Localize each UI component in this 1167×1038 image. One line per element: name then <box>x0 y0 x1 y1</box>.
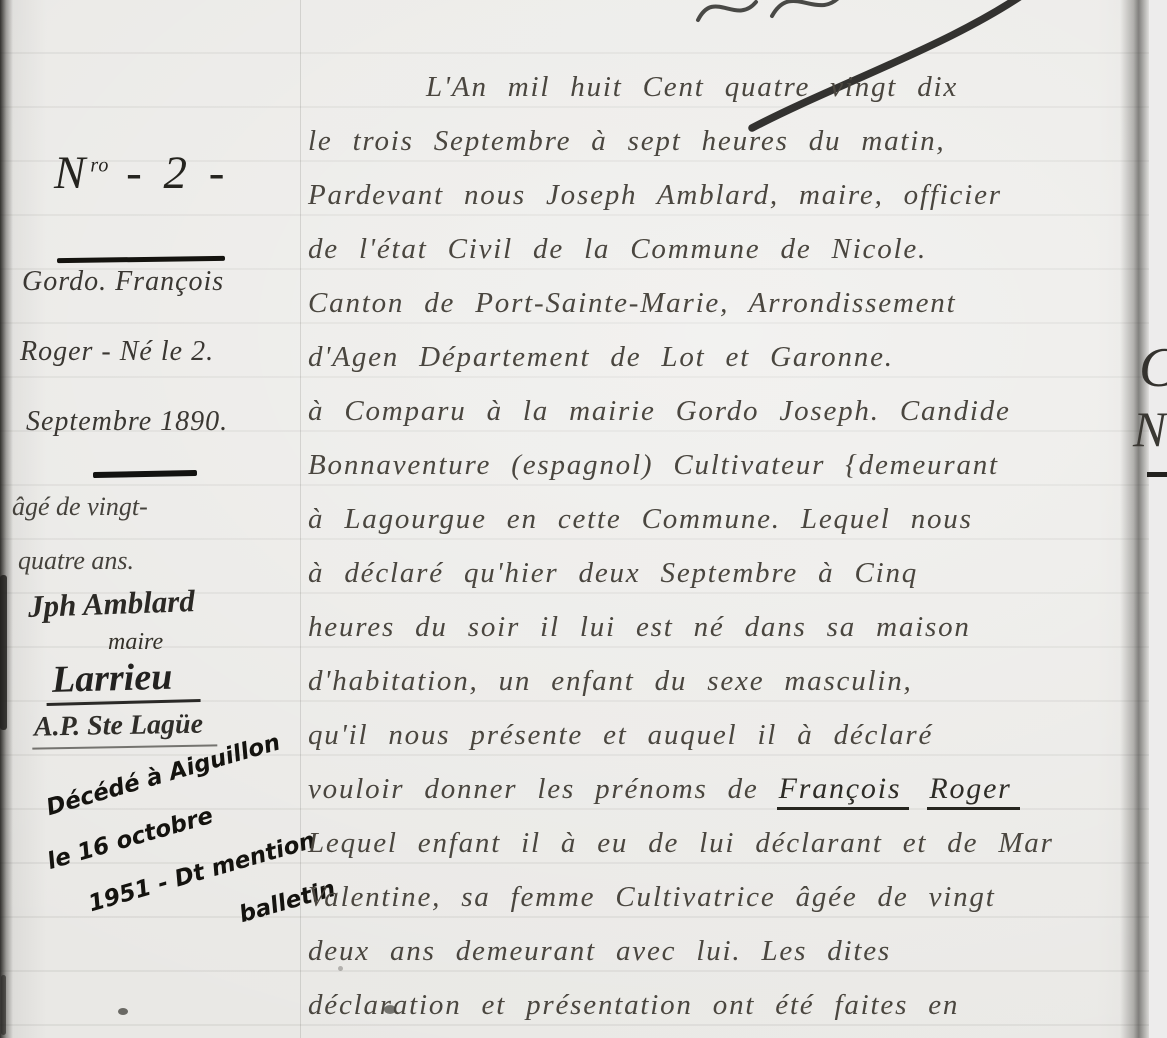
margin-name-line: Gordo. François <box>22 266 224 298</box>
body-line: à Lagourgue en cette Commune. Lequel nou… <box>308 492 1054 546</box>
paper-speck <box>118 1008 128 1015</box>
body-line: deux ans demeurant avec lui. Les dites <box>308 924 1054 978</box>
facing-page-fragment: N <box>1133 400 1166 458</box>
body-line: déclaration et présentation ont été fait… <box>308 978 1054 1032</box>
mayor-title: maire <box>108 629 163 656</box>
body-line-text: vouloir donner les prénoms de <box>308 773 759 805</box>
facing-page-edge <box>1149 0 1167 1038</box>
margin-underline <box>93 470 197 478</box>
body-line-given-names: vouloir donner les prénoms deFrançoisRog… <box>308 762 1054 816</box>
ink-blotch <box>0 575 7 730</box>
margin-name-line: Septembre 1890. <box>26 406 228 438</box>
body-line: Bonnaventure (espagnol) Cultivateur {dem… <box>308 438 1054 492</box>
act-number-underline <box>57 256 225 263</box>
given-name-underlined: François <box>777 772 910 810</box>
death-annotation: Décédé à Aiguillon le 16 octobre 1951 - … <box>30 726 346 1000</box>
binding-fold-shadow <box>1120 0 1150 1038</box>
witness-signature: Larrieu <box>45 654 201 706</box>
body-line: Valentine, sa femme Cultivatrice âgée de… <box>308 870 1054 924</box>
margin-age-line: quatre ans. <box>18 546 134 576</box>
body-line: le trois Septembre à sept heures du mati… <box>308 114 1054 168</box>
body-line: heures du soir il lui est né dans sa mai… <box>308 600 1054 654</box>
margin-age-line: âgé de vingt- <box>12 492 148 522</box>
body-line: à Comparu à la mairie Gordo Joseph. Cand… <box>308 384 1054 438</box>
margin-name-line: Roger - Né le 2. <box>20 336 214 368</box>
given-name-underlined: Roger <box>927 772 1019 810</box>
body-line: Canton de Port-Sainte-Marie, Arrondissem… <box>308 276 1054 330</box>
mayor-signature: Jph Amblard <box>27 583 195 625</box>
body-line: d'habitation, un enfant du sexe masculin… <box>308 654 1054 708</box>
adjoint-signature: A.P. Ste Lagüe <box>32 708 218 749</box>
body-line: qu'il nous présente et auquel il à décla… <box>308 708 1054 762</box>
act-number: Nro - 2 - <box>54 146 229 200</box>
act-number-superscript: ro <box>90 154 109 176</box>
paper-speck <box>384 1005 396 1014</box>
body-line: de l'état Civil de la Commune de Nicole. <box>308 222 1054 276</box>
body-line: Pardevant nous Joseph Amblard, maire, of… <box>308 168 1054 222</box>
register-page: Nro - 2 - Gordo. François Roger - Né le … <box>0 0 1167 1038</box>
body-line: d'Agen Département de Lot et Garonne. <box>308 330 1054 384</box>
body-line: L'An mil huit Cent quatre vingt dix <box>308 60 1054 114</box>
paper-speck <box>338 966 343 971</box>
body-line: Lequel enfant il à eu de lui déclarant e… <box>308 816 1054 870</box>
facing-page-fragment-underline <box>1147 472 1167 477</box>
body-line: à déclaré qu'hier deux Septembre à Cinq <box>308 546 1054 600</box>
facing-page-fragment: C <box>1139 336 1167 400</box>
ink-blotch <box>1 975 6 1035</box>
act-body: L'An mil huit Cent quatre vingt dix le t… <box>308 60 1054 1032</box>
